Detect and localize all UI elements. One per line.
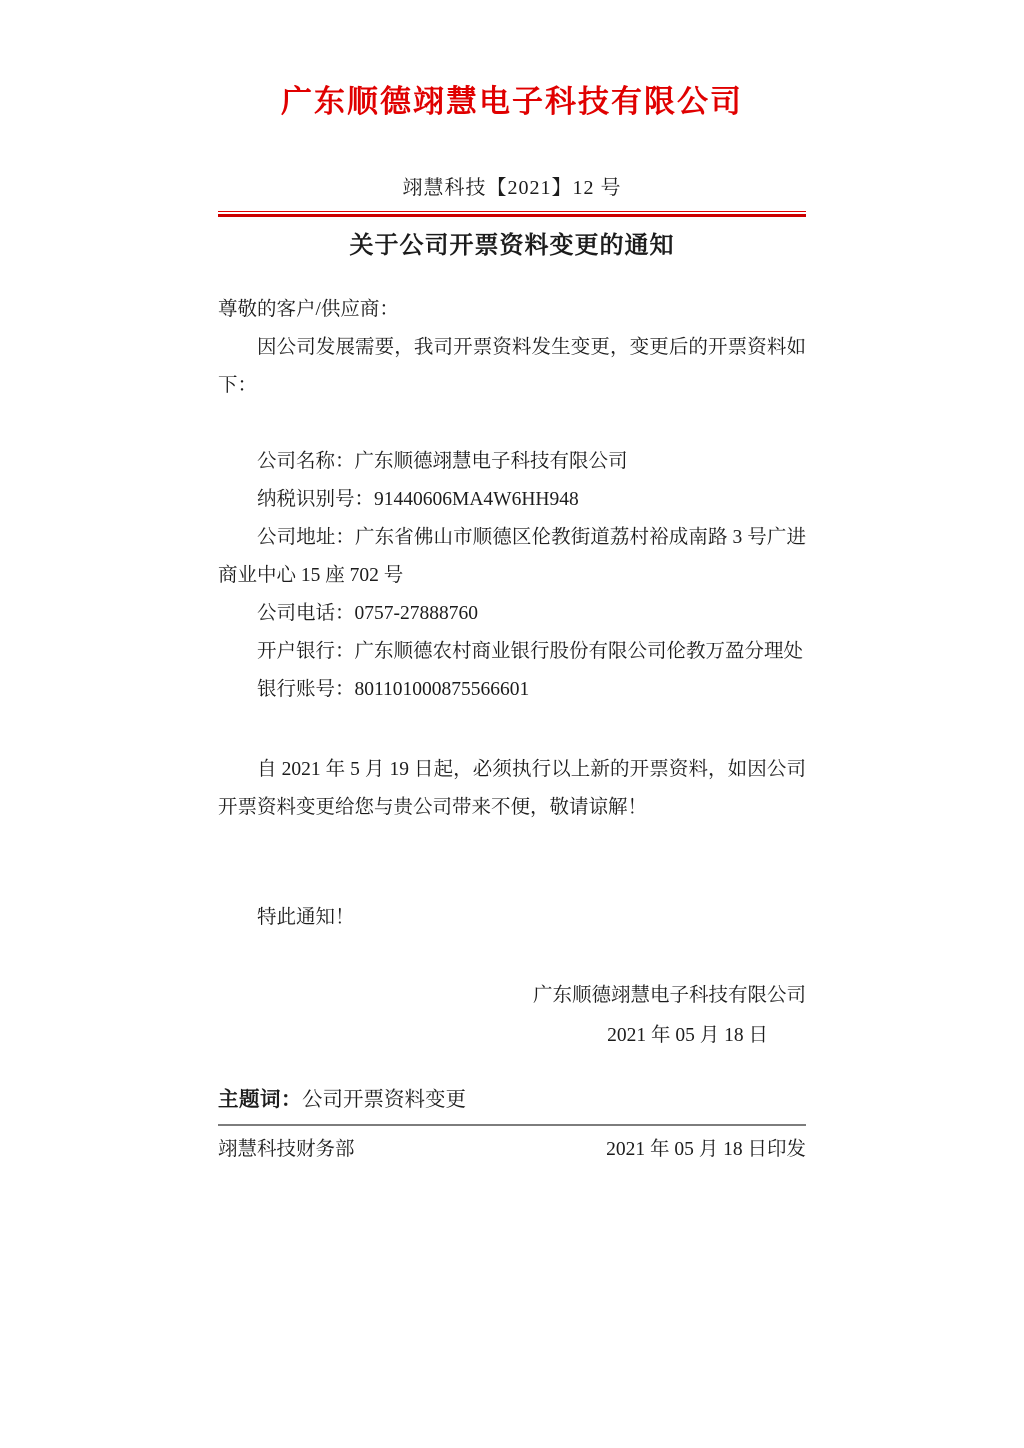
header-divider-thick-line — [218, 214, 806, 217]
document-page: 广东顺德翊慧电子科技有限公司 翊慧科技【2021】12 号 关于公司开票资料变更… — [0, 0, 1024, 1448]
invoice-info-block: 公司名称：广东顺德翊慧电子科技有限公司 纳税识别号：91440606MA4W6H… — [218, 443, 806, 709]
header-divider — [218, 211, 806, 217]
document-footer: 主题词：公司开票资料变更 翊慧科技财务部 2021 年 05 月 18 日印发 — [218, 1085, 806, 1165]
info-line-bank: 开户银行：广东顺德农村商业银行股份有限公司伦教万盈分理处 — [218, 633, 806, 671]
intro-paragraph: 因公司发展需要，我司开票资料发生变更，变更后的开票资料如下： — [218, 329, 806, 405]
info-line-tax-id: 纳税识别号：91440606MA4W6HH948 — [218, 481, 806, 519]
closing-line: 特此通知！ — [218, 899, 806, 937]
document-body: 尊敬的客户/供应商： 因公司发展需要，我司开票资料发生变更，变更后的开票资料如下… — [218, 291, 806, 1055]
footer-divider — [218, 1124, 806, 1126]
info-line-phone: 公司电话：0757-27888760 — [218, 595, 806, 633]
document-number: 翊慧科技【2021】12 号 — [218, 171, 806, 200]
info-line-account: 银行账号：801101000875566601 — [218, 671, 806, 709]
print-date: 2021 年 05 月 18 日印发 — [606, 1135, 806, 1165]
subject-value: 公司开票资料变更 — [302, 1089, 466, 1111]
header-divider-thin-line — [218, 211, 806, 212]
footer-row: 翊慧科技财务部 2021 年 05 月 18 日印发 — [218, 1135, 806, 1165]
info-line-company-name: 公司名称：广东顺德翊慧电子科技有限公司 — [218, 443, 806, 481]
issuing-department: 翊慧科技财务部 — [218, 1135, 355, 1165]
company-title: 广东顺德翊慧电子科技有限公司 — [0, 0, 1024, 121]
salutation: 尊敬的客户/供应商： — [218, 291, 806, 329]
subject-line: 主题词：公司开票资料变更 — [218, 1085, 806, 1115]
signature-date: 2021 年 05 月 18 日 — [218, 1017, 806, 1055]
signature-company: 广东顺德翊慧电子科技有限公司 — [218, 977, 806, 1015]
effective-date-paragraph: 自 2021 年 5 月 19 日起，必须执行以上新的开票资料，如因公司开票资料… — [218, 751, 806, 827]
notice-title: 关于公司开票资料变更的通知 — [218, 225, 806, 260]
subject-label: 主题词： — [218, 1089, 302, 1111]
info-line-address: 公司地址：广东省佛山市顺德区伦教街道荔村裕成南路 3 号广进商业中心 15 座 … — [218, 519, 806, 595]
